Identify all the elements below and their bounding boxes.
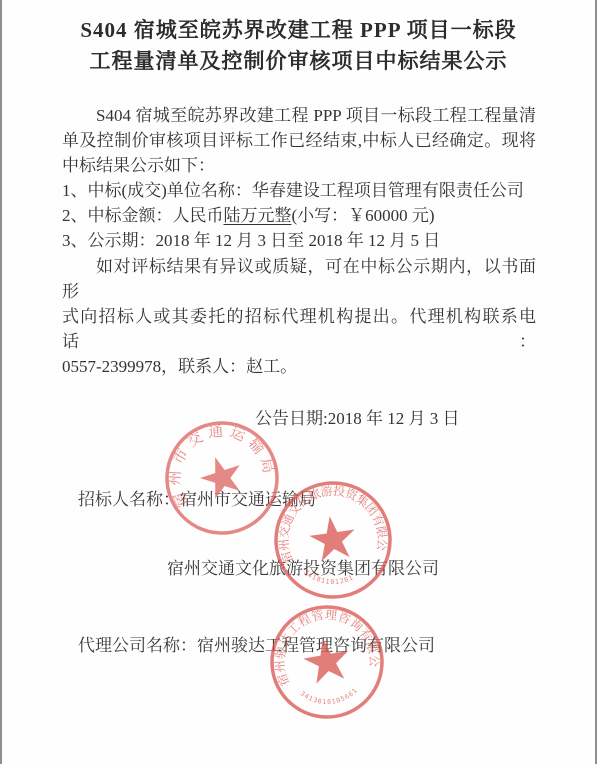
intro-line-1: S404 宿城至皖苏界改建工程 PPP 项目一标段工程工程量清 — [62, 103, 536, 128]
item-amount-prefix: 2、中标金额：人民币 — [62, 206, 224, 225]
agency-name-line: 代理公司名称：宿州骏达工程管理咨询有限公司 — [78, 631, 435, 656]
document-title: S404 宿城至皖苏界改建工程 PPP 项目一标段 工程量清单及控制价审核项目中… — [0, 15, 597, 77]
intro-line-3: 中标结果公示如下： — [62, 153, 536, 178]
intro-line-2: 单及控制价审核项目评标工作已经结束,中标人已经确定。现将 — [62, 128, 536, 153]
title-line-1: S404 宿城至皖苏界改建工程 PPP 项目一标段 — [0, 15, 597, 46]
notice-line-3: 0557-2399978，联系人：赵工。 — [62, 354, 536, 379]
item-amount: 2、中标金额：人民币陆万元整(小写：￥60000 元) — [62, 203, 536, 228]
seal3-number: 3413010105661 — [298, 680, 361, 711]
bidder-value: 宿州市交通运输局 — [180, 490, 316, 509]
announcement-date: 公告日期:2018 年 12 月 3 日 — [255, 404, 459, 429]
seal-agency-company: 宿州骏达工程管理咨询有限公司 3413010105661 — [257, 592, 397, 732]
item-winner: 1、中标(成交)单位名称：华春建设工程项目管理有限责任公司 — [62, 178, 536, 203]
bidder-label: 招标人名称： — [78, 490, 180, 509]
agency-value: 宿州骏达工程管理咨询有限公司 — [197, 636, 435, 655]
bidder-name-line: 招标人名称：宿州市交通运输局 — [78, 485, 316, 510]
investor-company-line: 宿州交通文化旅游投资集团有限公司 — [167, 554, 439, 579]
agency-label: 代理公司名称： — [78, 636, 197, 655]
notice-line-1: 如对评标结果有异议或质疑，可在中标公示期内，以书面形 — [62, 254, 536, 304]
scan-edge-left — [0, 0, 2, 764]
document-body: S404 宿城至皖苏界改建工程 PPP 项目一标段工程工程量清 单及控制价审核项… — [62, 103, 536, 379]
notice-line-2: 式向招标人或其委托的招标代理机构提出。代理机构联系电话： — [62, 304, 536, 354]
item-amount-capital: 陆万元整 — [224, 206, 292, 225]
round-stamp-icon: 宿州骏达工程管理咨询有限公司 3413010105661 — [257, 592, 397, 732]
title-line-2: 工程量清单及控制价审核项目中标结果公示 — [0, 46, 597, 77]
svg-text:3413010105661: 3413010105661 — [298, 680, 361, 711]
item-publicity-period: 3、公示期：2018 年 12 月 3 日至 2018 年 12 月 5 日 — [62, 228, 536, 253]
item-amount-numeric: (小写：￥60000 元) — [292, 206, 435, 225]
round-stamp-icon: 宿州市交通运输局 — [152, 408, 292, 548]
scanned-document-page: S404 宿城至皖苏界改建工程 PPP 项目一标段 工程量清单及控制价审核项目中… — [0, 0, 597, 764]
seal-transport-bureau: 宿州市交通运输局 — [152, 408, 292, 548]
